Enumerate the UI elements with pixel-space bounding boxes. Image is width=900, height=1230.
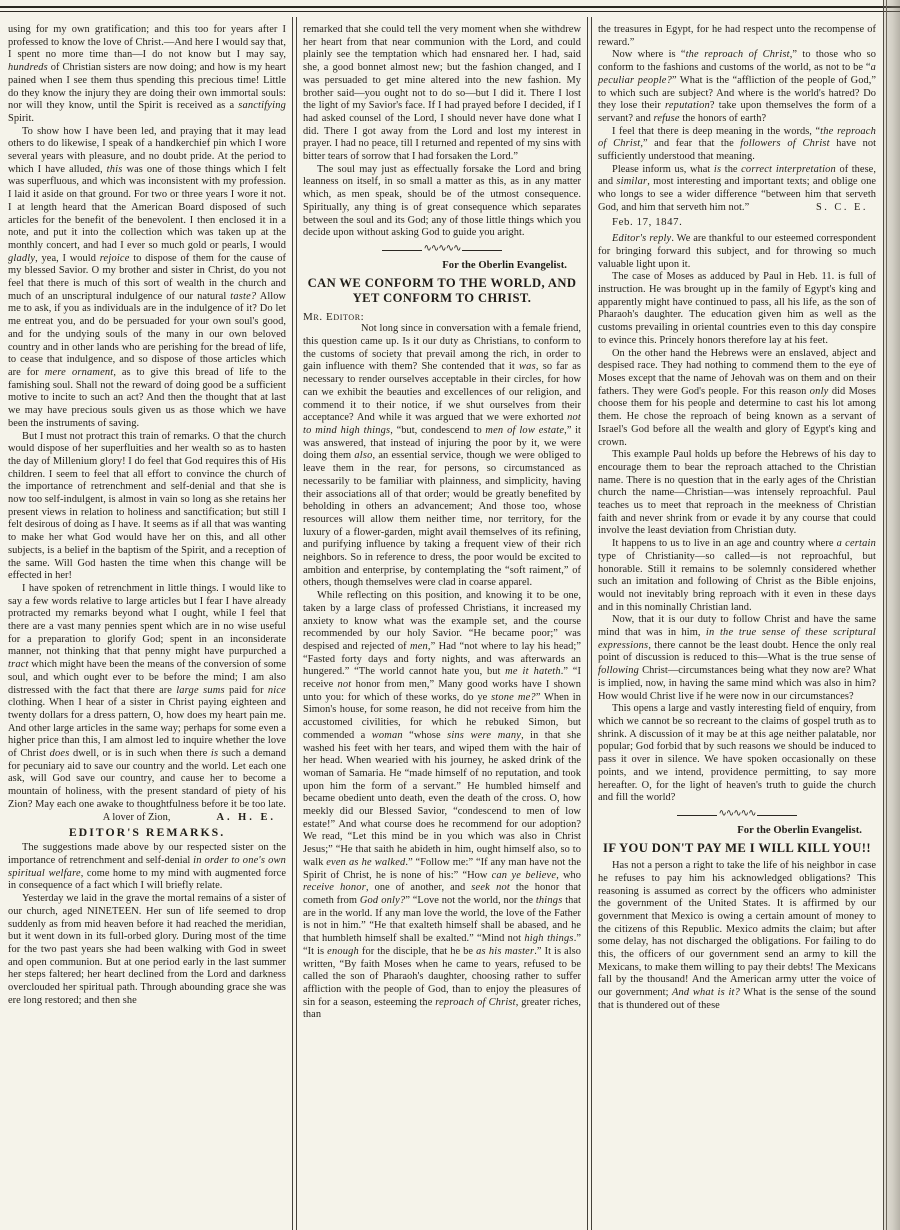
section-divider: ∿∿∿∿∿ xyxy=(303,243,581,258)
signature-left: A lover of Zion, xyxy=(103,812,171,825)
article-paragraph: Not long since in conversation with a fe… xyxy=(303,323,581,590)
article-paragraph: The suggestions made above by our respec… xyxy=(8,842,286,893)
credit-line: For the Oberlin Evangelist. xyxy=(303,260,581,273)
article-headline: CAN WE CONFORM TO THE WORLD, AND YET CON… xyxy=(303,276,581,307)
dateline: Feb. 17, 1847. xyxy=(598,216,876,229)
top-rule xyxy=(0,6,900,12)
article-paragraph: using for my own gratification; and this… xyxy=(8,24,286,126)
column-layout: using for my own gratification; and this… xyxy=(2,17,882,1230)
article-paragraph: Has not a person a right to take the lif… xyxy=(598,860,876,1012)
article-paragraph: Editor's reply. We are thankful to our e… xyxy=(598,233,876,271)
section-heading: EDITOR'S REMARKS. xyxy=(8,825,286,839)
credit-line: For the Oberlin Evangelist. xyxy=(598,825,876,838)
signature-line: A lover of Zion,A. H. E. xyxy=(8,812,286,825)
article-paragraph: Now, that it is our duty to follow Chris… xyxy=(598,614,876,703)
article-paragraph: It happens to us to live in an age and c… xyxy=(598,538,876,614)
salutation: Mr. Editor: xyxy=(303,311,581,324)
article-paragraph: On the other hand the Hebrews were an en… xyxy=(598,348,876,450)
article-paragraph: the treasures in Egypt, for he had respe… xyxy=(598,24,876,49)
page-right-edge xyxy=(883,0,900,1230)
article-paragraph: This opens a large and vastly interestin… xyxy=(598,703,876,805)
article-paragraph: To show how I have been led, and praying… xyxy=(8,126,286,431)
newspaper-page: using for my own gratification; and this… xyxy=(0,0,900,1230)
signature-initials: A. H. E. xyxy=(216,812,276,825)
article-paragraph: I feel that there is deep meaning in the… xyxy=(598,126,876,164)
article-paragraph: The case of Moses as adduced by Paul in … xyxy=(598,271,876,347)
article-paragraph: remarked that she could tell the very mo… xyxy=(303,24,581,164)
article-paragraph: I have spoken of retrenchment in little … xyxy=(8,583,286,812)
article-headline: IF YOU DON'T PAY ME I WILL KILL YOU!! xyxy=(598,841,876,857)
article-paragraph: The soul may just as effectually forsake… xyxy=(303,164,581,240)
article-paragraph: Now where is “the reproach of Christ,” t… xyxy=(598,49,876,125)
article-paragraph: Yesterday we laid in the grave the morta… xyxy=(8,893,286,1007)
column-1: using for my own gratification; and this… xyxy=(2,17,292,1230)
article-paragraph: This example Paul holds up before the He… xyxy=(598,449,876,538)
article-paragraph: But I must not protract this train of re… xyxy=(8,431,286,583)
column-3: the treasures in Egypt, for he had respe… xyxy=(592,17,882,1230)
article-paragraph: While reflecting on this position, and k… xyxy=(303,590,581,1022)
section-divider: ∿∿∿∿∿ xyxy=(598,808,876,823)
column-2: remarked that she could tell the very mo… xyxy=(297,17,587,1230)
